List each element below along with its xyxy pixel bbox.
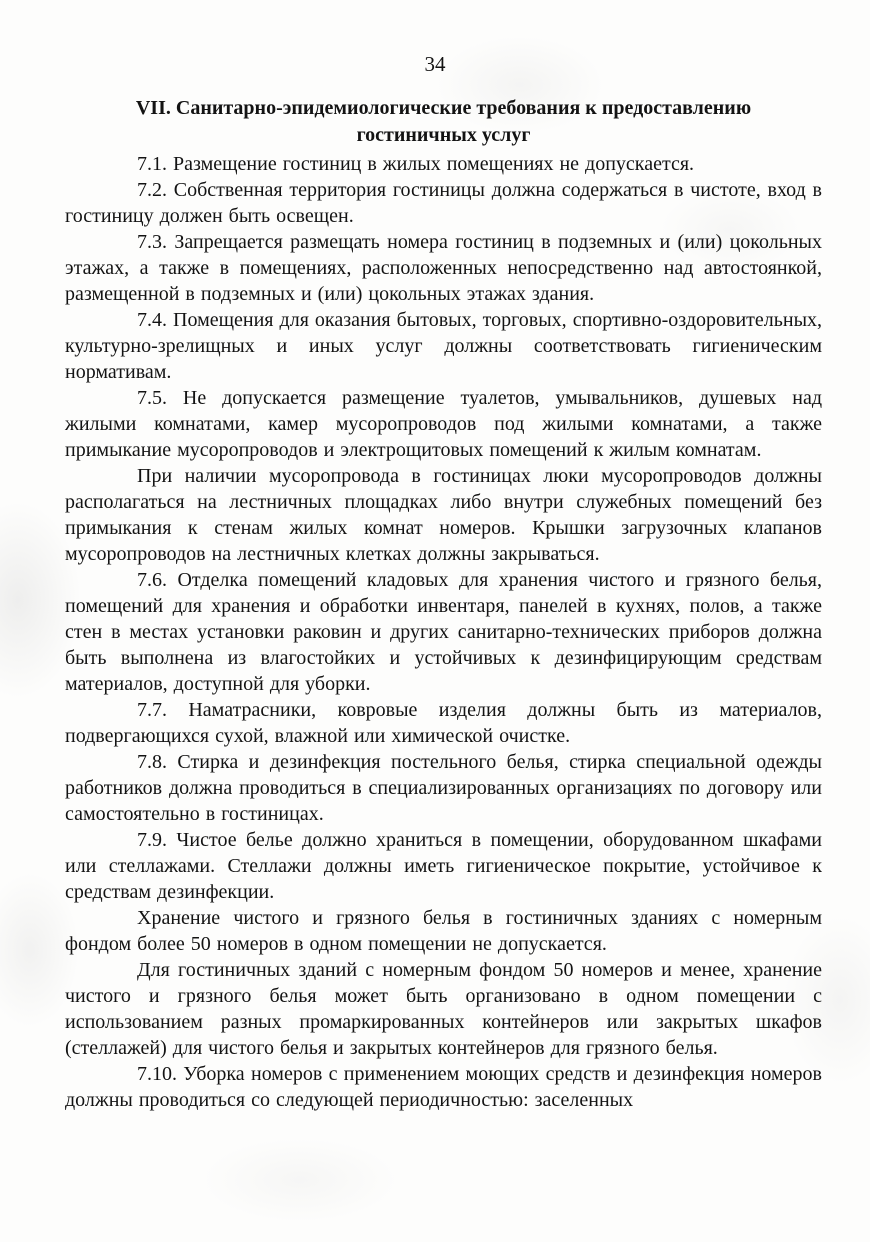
paragraph-7-1: 7.1. Размещение гостиниц в жилых помещен… [65, 151, 822, 177]
paragraph-7-9-cont-1: Хранение чистого и грязного белья в гост… [65, 905, 822, 957]
section-heading-line-1: VII. Санитарно-эпидемиологические требов… [65, 95, 822, 122]
paragraph-7-2: 7.2. Собственная территория гостиницы до… [65, 177, 822, 229]
paragraph-7-9: 7.9. Чистое белье должно храниться в пом… [65, 827, 822, 905]
paragraph-7-3: 7.3. Запрещается размещать номера гостин… [65, 229, 822, 307]
section-heading-line-2: гостиничных услуг [65, 122, 822, 149]
paragraph-7-10: 7.10. Уборка номеров с применением моющи… [65, 1061, 822, 1113]
section-body: 7.1. Размещение гостиниц в жилых помещен… [65, 151, 822, 1113]
paragraph-7-7: 7.7. Наматрасники, ковровые изделия долж… [65, 697, 822, 749]
scanned-document-page: 34 VII. Санитарно-эпидемиологические тре… [0, 0, 870, 1242]
page-content: VII. Санитарно-эпидемиологические требов… [65, 95, 822, 1113]
section-heading: VII. Санитарно-эпидемиологические требов… [65, 95, 822, 149]
paragraph-7-4: 7.4. Помещения для оказания бытовых, тор… [65, 307, 822, 385]
paragraph-7-9-cont-2: Для гостиничных зданий с номерным фондом… [65, 957, 822, 1061]
paragraph-7-8: 7.8. Стирка и дезинфекция постельного бе… [65, 749, 822, 827]
paragraph-7-5: 7.5. Не допускается размещение туалетов,… [65, 385, 822, 463]
page-number: 34 [0, 0, 870, 76]
paragraph-7-5-cont: При наличии мусоропровода в гостиницах л… [65, 463, 822, 567]
paragraph-7-6: 7.6. Отделка помещений кладовых для хран… [65, 567, 822, 697]
